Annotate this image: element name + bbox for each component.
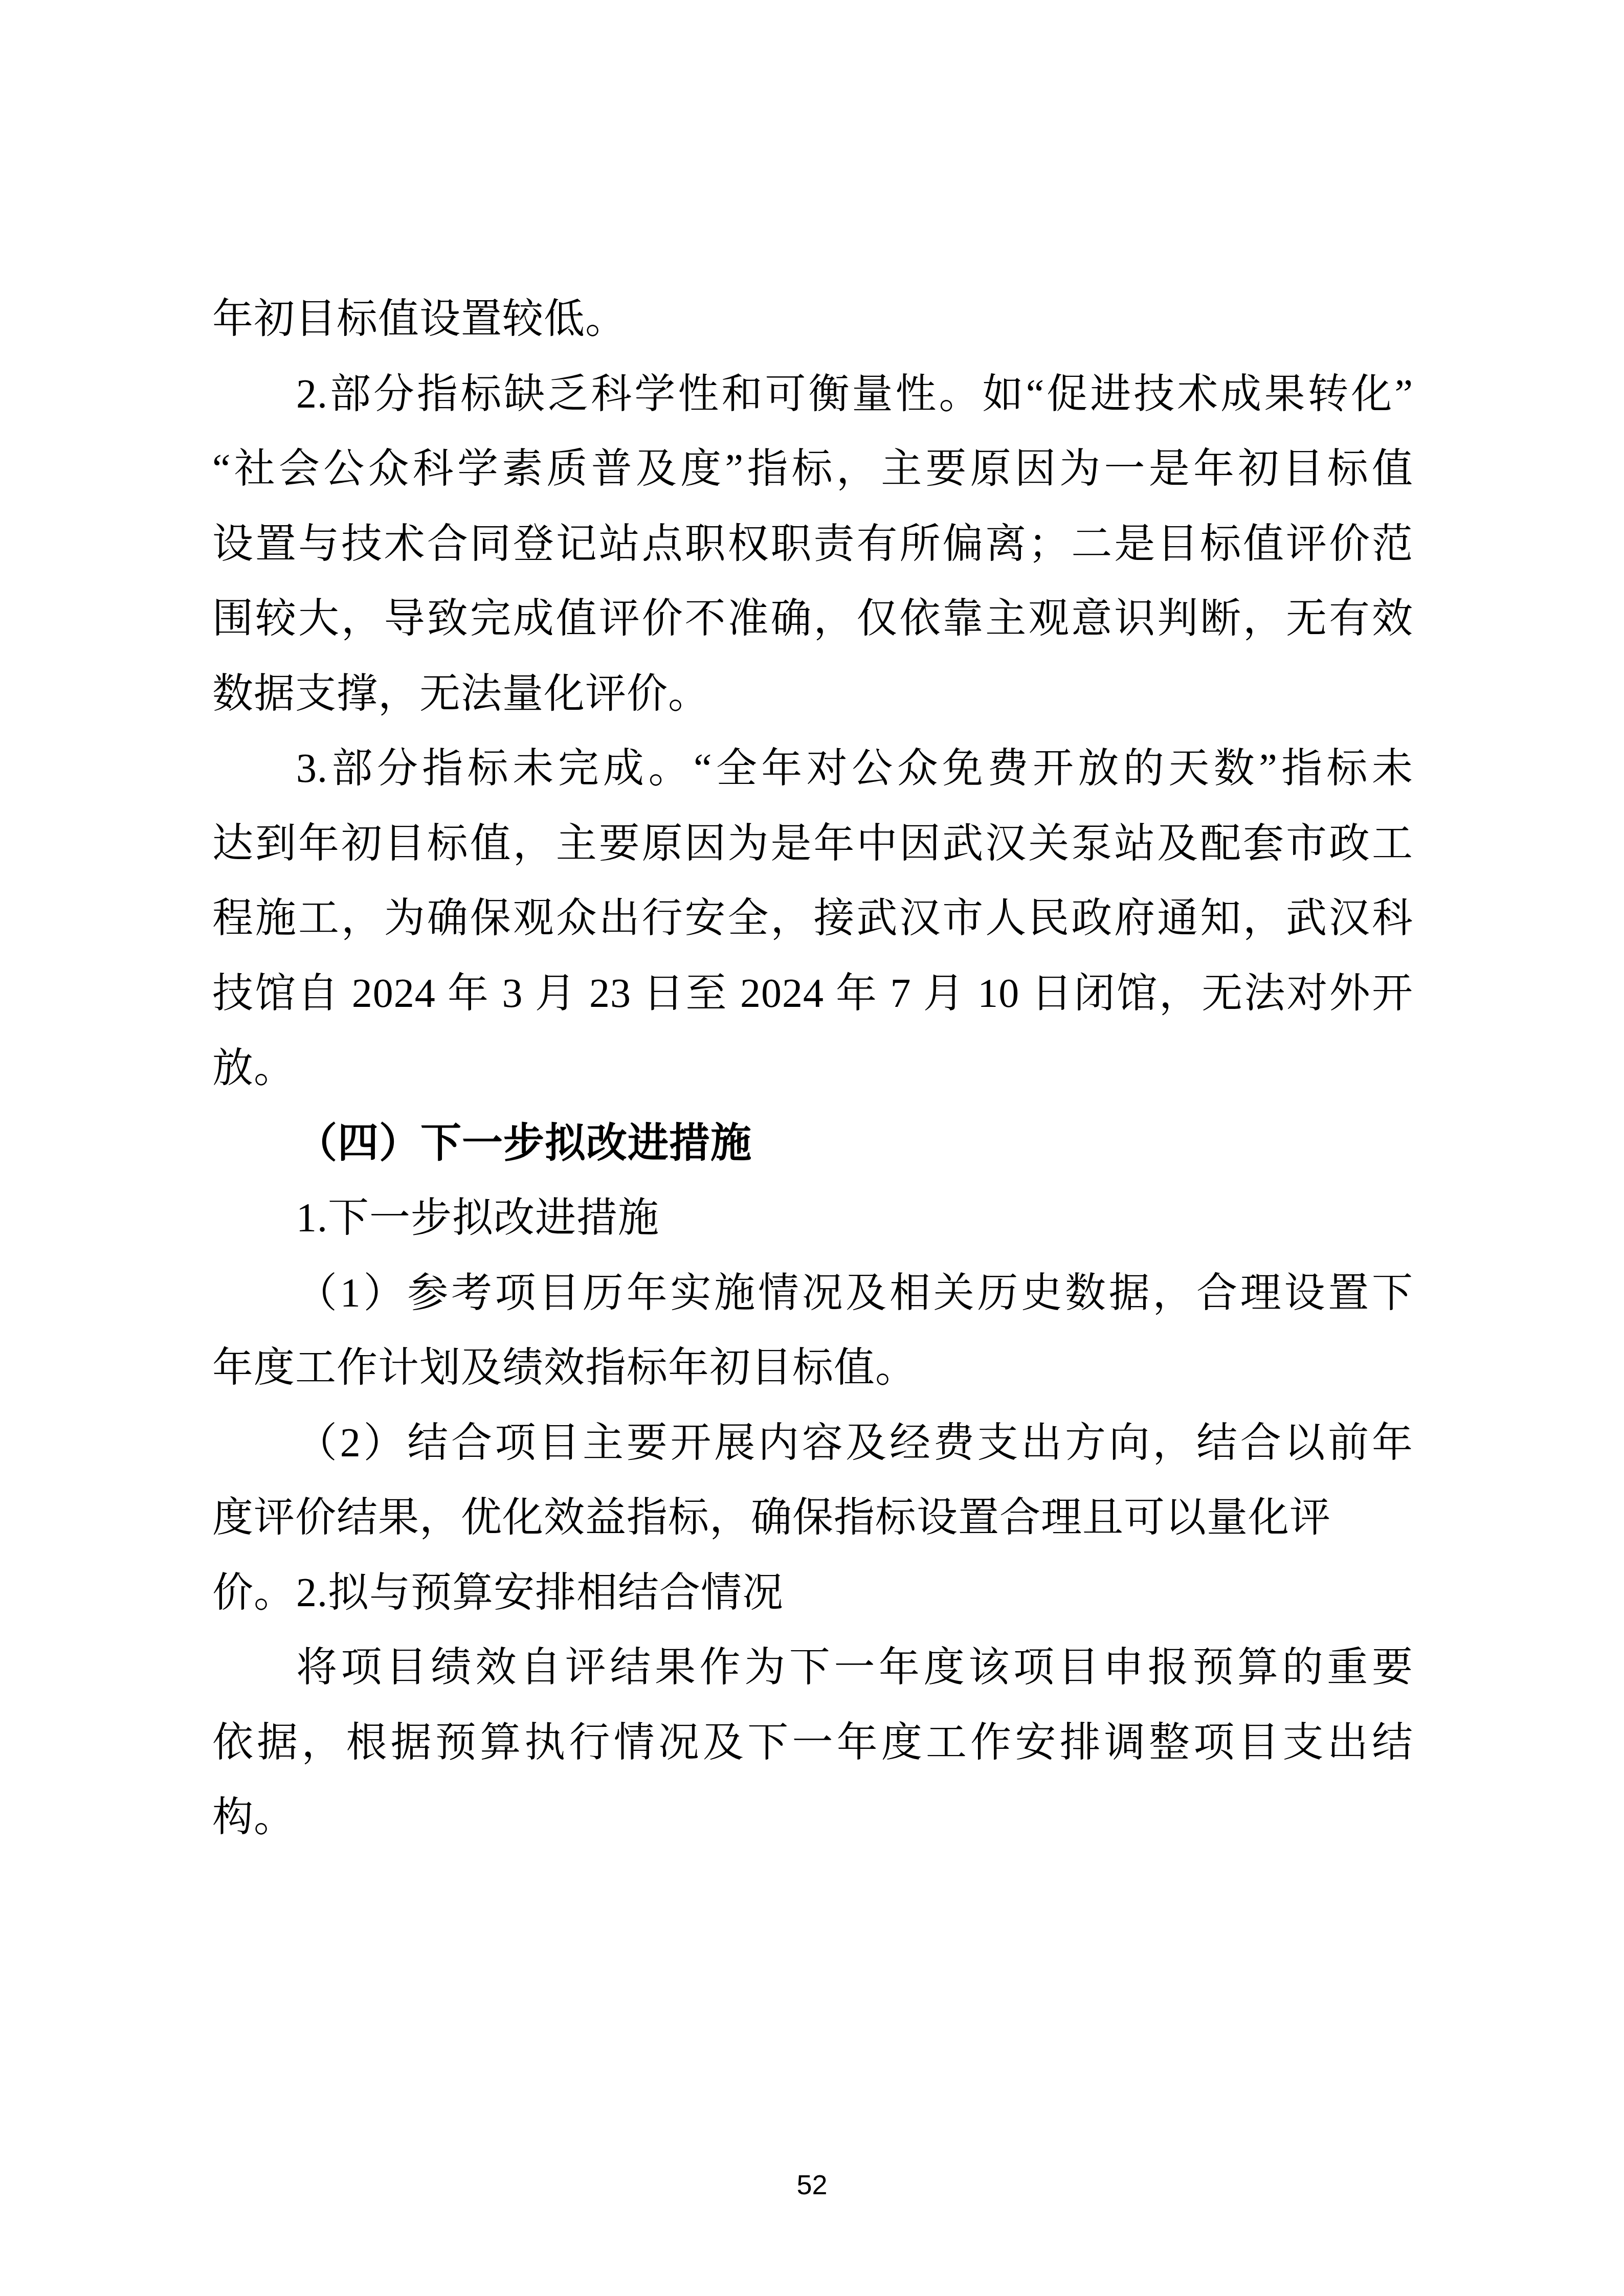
text-line: “社会公众科学素质普及度”指标，主要原因为一是年初目标值 — [212, 432, 1413, 507]
text-line: 技馆自 2024 年 3 月 23 日至 2024 年 7 月 10 日闭馆，无… — [212, 956, 1413, 1031]
subsection-heading: 2.拟与预算安排相结合情况 — [212, 1556, 1413, 1631]
page-footer: 52 — [0, 2169, 1624, 2201]
text-line: 围较大，导致完成值评价不准确，仅依靠主观意识判断，无有效 — [212, 581, 1413, 657]
text-line: 依据，根据预算执行情况及下一年度工作安排调整项目支出结 — [212, 1705, 1413, 1781]
document-body: 年初目标值设置较低。 2.部分指标缺乏科学性和可衡量性。如“促进技术成果转化” … — [212, 282, 1413, 1855]
page-number: 52 — [796, 2170, 827, 2200]
text-line: 构。 — [212, 1780, 1413, 1855]
text-line: （1）参考项目历年实施情况及相关历史数据，合理设置下 — [212, 1256, 1413, 1331]
section-heading-4: （四）下一步拟改进措施 — [212, 1106, 1413, 1181]
text-line: 度评价结果，优化效益指标，确保指标设置合理且可以量化评价。 — [212, 1480, 1413, 1556]
text-line: 放。 — [212, 1031, 1413, 1106]
text-line: 程施工，为确保观众出行安全，接武汉市人民政府通知，武汉科 — [212, 881, 1413, 956]
text-line: 年度工作计划及绩效指标年初目标值。 — [212, 1331, 1413, 1406]
text-line: （2）结合项目主要开展内容及经费支出方向，结合以前年 — [212, 1406, 1413, 1481]
text-line: 3.部分指标未完成。“全年对公众免费开放的天数”指标未 — [212, 731, 1413, 806]
document-page: 年初目标值设置较低。 2.部分指标缺乏科学性和可衡量性。如“促进技术成果转化” … — [0, 0, 1624, 2296]
text-line: 年初目标值设置较低。 — [212, 282, 1413, 357]
text-line: 将项目绩效自评结果作为下一年度该项目申报预算的重要 — [212, 1630, 1413, 1705]
text-line: 达到年初目标值，主要原因为是年中因武汉关泵站及配套市政工 — [212, 806, 1413, 882]
subsection-heading: 1.下一步拟改进措施 — [212, 1181, 1413, 1256]
text-line: 数据支撑，无法量化评价。 — [212, 657, 1413, 732]
text-line: 设置与技术合同登记站点职权职责有所偏离；二是目标值评价范 — [212, 507, 1413, 582]
text-line: 2.部分指标缺乏科学性和可衡量性。如“促进技术成果转化” — [212, 357, 1413, 432]
